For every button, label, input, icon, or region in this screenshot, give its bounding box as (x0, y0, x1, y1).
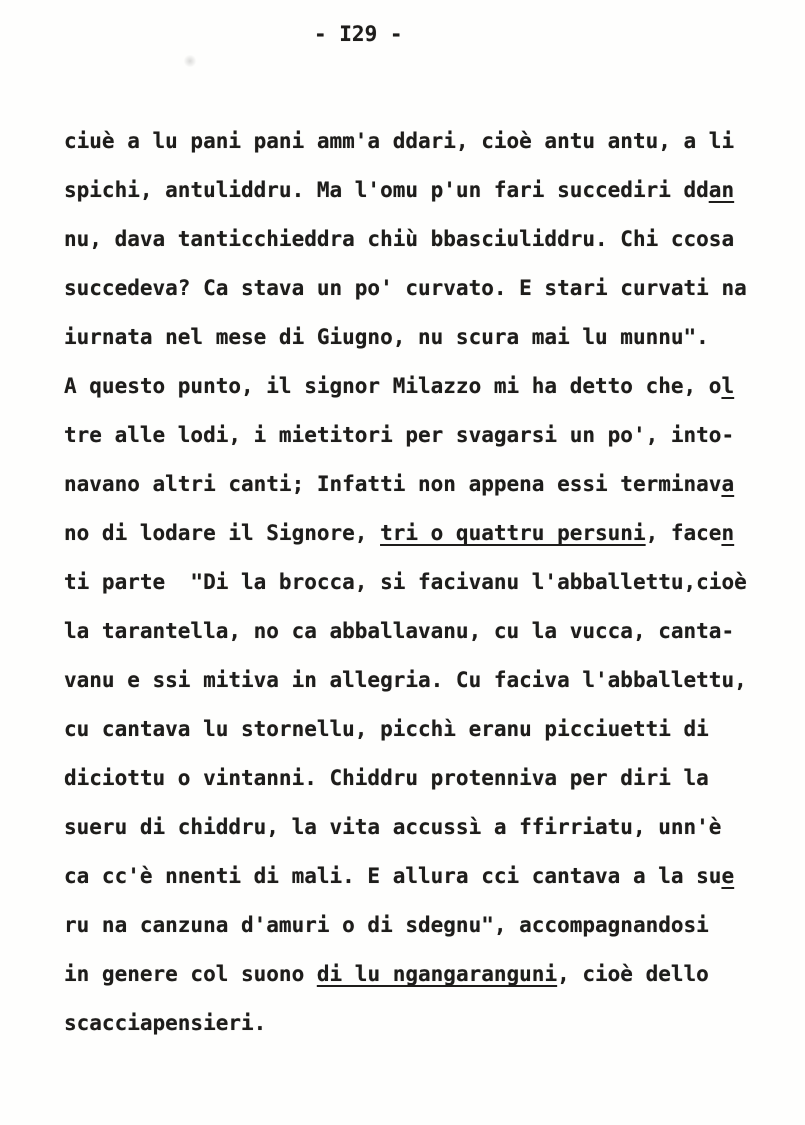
line-text: iurnata nel mese di Giugno, nu scura mai… (64, 325, 709, 349)
text-line: ti parte "Di la brocca, si facivanu l'ab… (64, 558, 764, 607)
line-text: succedeva? Ca stava un po' curvato. E st… (64, 276, 747, 300)
line-text: in genere col suono (64, 962, 317, 986)
page-number: - I29 - (314, 22, 403, 46)
text-line: la tarantella, no ca abballavanu, cu la … (64, 607, 764, 656)
scan-smudge (183, 55, 197, 67)
line-text: A questo punto, il signor Milazzo mi ha … (64, 374, 721, 398)
underlined-text: an (709, 178, 734, 202)
text-line: sueru di chiddru, la vita accussì a ffir… (64, 803, 764, 852)
line-text: ru na canzuna d'amuri o di sdegnu", acco… (64, 913, 709, 937)
line-text: vanu e ssi mitiva in allegria. Cu faciva… (64, 668, 747, 692)
text-line: vanu e ssi mitiva in allegria. Cu faciva… (64, 656, 764, 705)
underlined-text: e (721, 864, 734, 888)
line-text: ciuè a lu pani pani amm'a ddari, cioè an… (64, 129, 734, 153)
text-line: tre alle lodi, i mietitori per svagarsi … (64, 411, 764, 460)
line-text: diciottu o vintanni. Chiddru protenniva … (64, 766, 709, 790)
line-text: ti parte "Di la brocca, si facivanu l'ab… (64, 570, 747, 594)
underlined-phrase: di lu ngangaranguni (317, 962, 557, 986)
text-line: ru na canzuna d'amuri o di sdegnu", acco… (64, 901, 764, 950)
text-line: nu, dava tanticchieddra chiù bbasciulidd… (64, 215, 764, 264)
underlined-text: a (721, 472, 734, 496)
text-line: succedeva? Ca stava un po' curvato. E st… (64, 264, 764, 313)
text-line: in genere col suono di lu ngangaranguni,… (64, 950, 764, 999)
text-line: ciuè a lu pani pani amm'a ddari, cioè an… (64, 117, 764, 166)
line-text: spichi, antuliddru. Ma l'omu p'un fari s… (64, 178, 709, 202)
text-line: A questo punto, il signor Milazzo mi ha … (64, 362, 764, 411)
text-line: navano altri canti; Infatti non appena e… (64, 460, 764, 509)
underlined-phrase: tri o quattru persuni (380, 521, 646, 545)
text-line: iurnata nel mese di Giugno, nu scura mai… (64, 313, 764, 362)
text-line: scacciapensieri. (64, 999, 764, 1048)
line-text: cu cantava lu stornellu, picchì eranu pi… (64, 717, 709, 741)
text-line: cu cantava lu stornellu, picchì eranu pi… (64, 705, 764, 754)
text-line: no di lodare il Signore, tri o quattru p… (64, 509, 764, 558)
line-text: nu, dava tanticchieddra chiù bbasciulidd… (64, 227, 734, 251)
line-text: scacciapensieri. (64, 1011, 266, 1035)
line-text: navano altri canti; Infatti non appena e… (64, 472, 721, 496)
line-text: , face (646, 521, 722, 545)
line-text: sueru di chiddru, la vita accussì a ffir… (64, 815, 721, 839)
text-line: diciottu o vintanni. Chiddru protenniva … (64, 754, 764, 803)
line-text: ca cc'è nnenti di mali. E allura cci can… (64, 864, 721, 888)
underlined-text: l (721, 374, 734, 398)
text-line: spichi, antuliddru. Ma l'omu p'un fari s… (64, 166, 764, 215)
document-page: - I29 - ciuè a lu pani pani amm'a ddari,… (0, 0, 805, 1125)
body-text: ciuè a lu pani pani amm'a ddari, cioè an… (64, 117, 764, 1048)
line-text: , cioè dello (557, 962, 709, 986)
text-line: ca cc'è nnenti di mali. E allura cci can… (64, 852, 764, 901)
line-text: la tarantella, no ca abballavanu, cu la … (64, 619, 734, 643)
line-text: tre alle lodi, i mietitori per svagarsi … (64, 423, 734, 447)
underlined-text: n (721, 521, 734, 545)
line-text: no di lodare il Signore, (64, 521, 380, 545)
